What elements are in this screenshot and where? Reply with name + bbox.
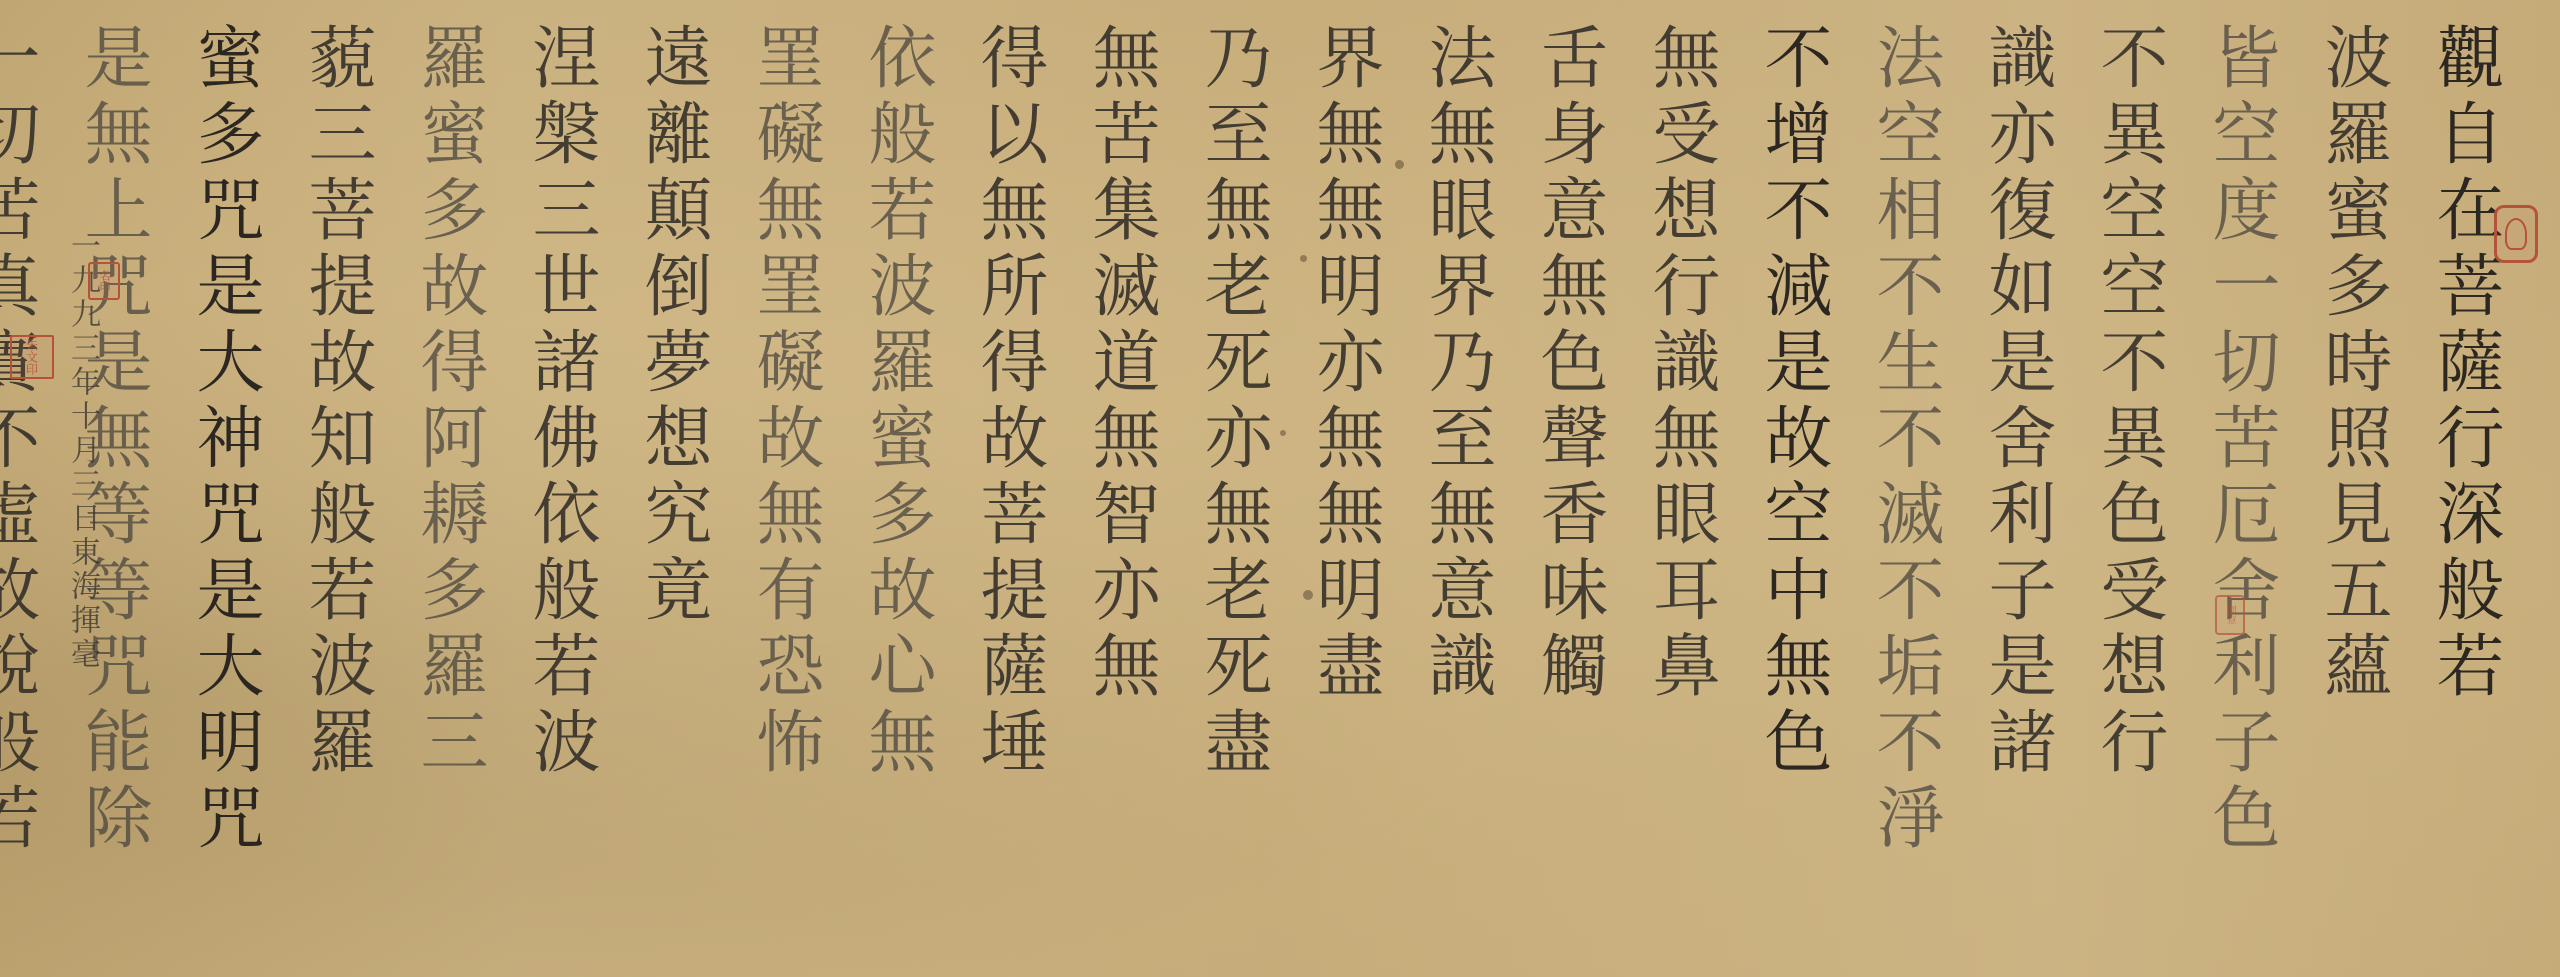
seated-buddha-icon (2505, 218, 2527, 250)
calligraphy-scroll: 觀自在菩薩行深般若 波羅蜜多時照見五蘊 皆空度一切苦厄舍利子色 不異空空不異色受… (0, 0, 2560, 977)
date-inscription: 一九九三年十月三日東海揮毫 (60, 230, 104, 970)
text-column: 乃至無老死亦無老死盡 (1176, 22, 1288, 962)
text-column: 皆空度一切苦厄舍利子色 (2184, 22, 2296, 962)
text-column: 界無無明亦無無明盡 (1288, 22, 1400, 962)
text-column: 法無眼界乃至無意識 (1400, 22, 1512, 962)
text-column: 法空相不生不滅不垢不淨 (1848, 22, 1960, 962)
text-column: 不異空空不異色受想行 (2072, 22, 2184, 962)
text-column: 不增不減是故空中無色 (1736, 22, 1848, 962)
name-seal: 朱文印 (10, 335, 54, 379)
text-column: 遠離顛倒夢想究竟 (616, 22, 728, 962)
text-column: 依般若波羅蜜多故心無 (840, 22, 952, 962)
buddha-seal-icon (2494, 205, 2538, 263)
text-column: 無苦集滅道無智亦無 (1064, 22, 1176, 962)
text-column: 罣礙無罣礙故無有恐怖 (728, 22, 840, 962)
text-column: 觀自在菩薩行深般若 (2408, 22, 2520, 962)
text-column: 一切苦真實不虛故說般若 (0, 22, 56, 962)
text-column: 羅蜜多故得阿耨多羅三 (392, 22, 504, 962)
text-column: 無受想行識無眼耳鼻 (1624, 22, 1736, 962)
text-column: 蜜多咒是大神咒是大明咒 (168, 22, 280, 962)
text-column: 涅槃三世諸佛依般若波 (504, 22, 616, 962)
sutra-text-columns: 觀自在菩薩行深般若 波羅蜜多時照見五蘊 皆空度一切苦厄舍利子色 不異空空不異色受… (0, 22, 2520, 962)
artist-seal: 名印 (88, 262, 120, 300)
text-column: 得以無所得故菩提薩埵 (952, 22, 1064, 962)
leisure-seal: 閒章 (2215, 595, 2245, 635)
text-column: 舌身意無色聲香味觸 (1512, 22, 1624, 962)
text-column: 波羅蜜多時照見五蘊 (2296, 22, 2408, 962)
text-column: 藐三菩提故知般若波羅 (280, 22, 392, 962)
text-column: 識亦復如是舍利子是諸 (1960, 22, 2072, 962)
